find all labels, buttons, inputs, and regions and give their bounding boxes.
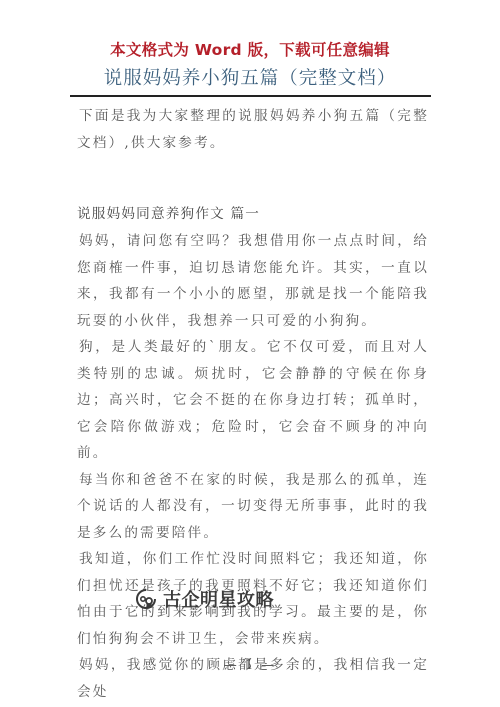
page-number: — 1 — xyxy=(0,658,500,673)
essay-paragraph-3: 每当你和爸爸不在家的时候，我是那么的孤单，连个说话的人都没有，一切变得无所事事，… xyxy=(77,467,429,547)
document-page: 本文格式为 Word 版，下载可任意编辑 说服妈妈养小狗五篇（完整文档） 下面是… xyxy=(0,0,500,707)
essay-body: 妈妈，请问您有空吗？我想借用你一点点时间，给您商榷一件事，迫切恳请您能允许。其实… xyxy=(77,228,429,705)
essay-paragraph-1: 妈妈，请问您有空吗？我想借用你一点点时间，给您商榷一件事，迫切恳请您能允许。其实… xyxy=(77,228,429,334)
watermark-text: 古企明星攻略 xyxy=(163,586,274,612)
intro-paragraph: 下面是我为大家整理的说服妈妈养小狗五篇（完整文档）,供大家参考。 xyxy=(77,103,429,156)
format-notice-banner: 本文格式为 Word 版，下载可任意编辑 xyxy=(0,38,500,60)
section-heading: 说服妈妈同意养狗作文 篇一 xyxy=(77,202,260,222)
essay-paragraph-2: 狗，是人类最好的`朋友。它不仅可爱，而且对人类特别的忠诚。烦扰时，它会静静的守候… xyxy=(77,334,429,467)
document-title: 说服妈妈养小狗五篇（完整文档） xyxy=(0,64,500,90)
header-divider xyxy=(70,95,431,97)
brand-circle-icon xyxy=(135,588,157,610)
watermark: 古企明星攻略 xyxy=(135,585,274,613)
intro-block: 下面是我为大家整理的说服妈妈养小狗五篇（完整文档）,供大家参考。 xyxy=(77,103,429,156)
